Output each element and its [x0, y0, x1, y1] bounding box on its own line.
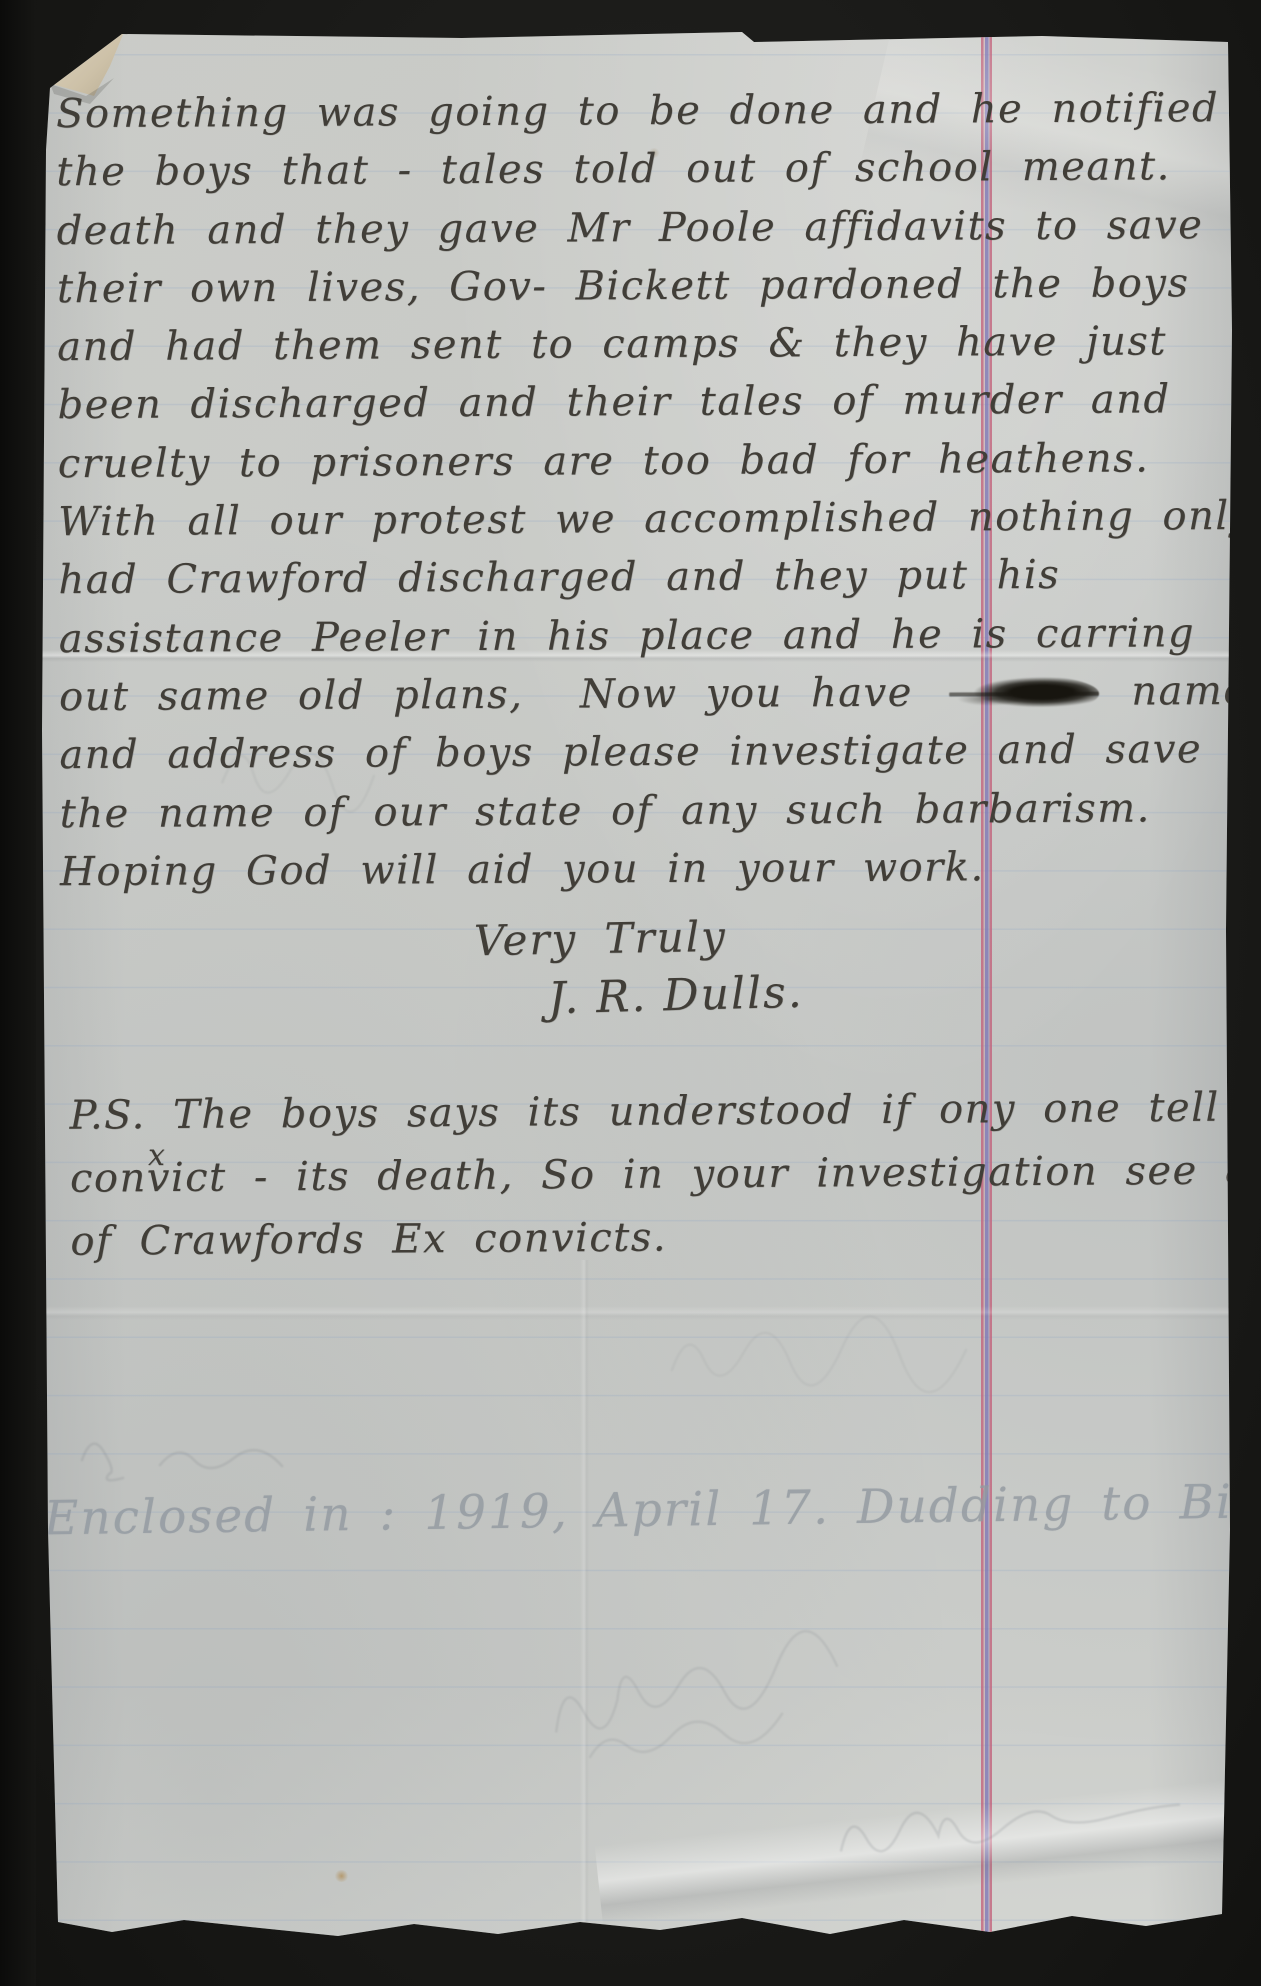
- handwriting-line: and address of boys please investigate a…: [59, 720, 1261, 785]
- ink-blot: [949, 675, 1099, 714]
- handwriting-line: the boys that - tales told out of school…: [56, 137, 1261, 202]
- handwriting-line: had Crawford discharged and they put his: [58, 545, 1261, 610]
- photo-backdrop-edge: [0, 0, 36, 1986]
- handwriting-segment: names: [1103, 668, 1261, 715]
- stain-spot: [334, 1870, 349, 1882]
- ghost-writing: [70, 1420, 310, 1490]
- postscript-line: of Crawfords Ex convicts.: [70, 1201, 1261, 1273]
- letter-page: Something was going to be done and he no…: [42, 30, 1232, 1945]
- handwriting-line: death and they gave Mr Poole affidavits …: [56, 195, 1261, 260]
- handwriting-line: cruelty to prisoners are too bad for hea…: [58, 429, 1261, 494]
- handwriting-line: been discharged and their tales of murde…: [57, 370, 1261, 435]
- handwriting-line: Something was going to be done and he no…: [56, 79, 1261, 144]
- closing: Very Truly: [474, 912, 728, 965]
- postscript-line: convict - its death, So in your investig…: [70, 1138, 1261, 1210]
- handwriting-line: out same old plans, Now you have names: [59, 662, 1261, 727]
- handwriting-line: and had them sent to camps & they have j…: [57, 312, 1261, 377]
- signature: J. R. Dulls.: [547, 967, 804, 1025]
- handwriting-line: With all our protest we accomplished not…: [58, 487, 1261, 552]
- scanned-letter-photo: Something was going to be done and he no…: [0, 0, 1261, 1986]
- postscript: P.S. The boys says its understood if ony…: [69, 1075, 1261, 1273]
- correction-mark: x: [148, 1138, 165, 1173]
- letter-body: Something was going to be done and he no…: [56, 79, 1261, 901]
- postscript-line: P.S. The boys says its understood if ony…: [69, 1075, 1261, 1147]
- handwriting-segment: out same old plans, Now you have: [59, 670, 941, 721]
- handwriting-line: their own lives, Gov- Bickett pardoned t…: [57, 254, 1261, 319]
- handwriting-line: Hoping God will aid you in your work.: [60, 837, 1261, 902]
- ghost-writing: [662, 1300, 982, 1410]
- handwriting-line: assistance Peeler in his place and he is…: [59, 603, 1261, 668]
- handwriting-line: the name of our state of any such barbar…: [60, 778, 1261, 843]
